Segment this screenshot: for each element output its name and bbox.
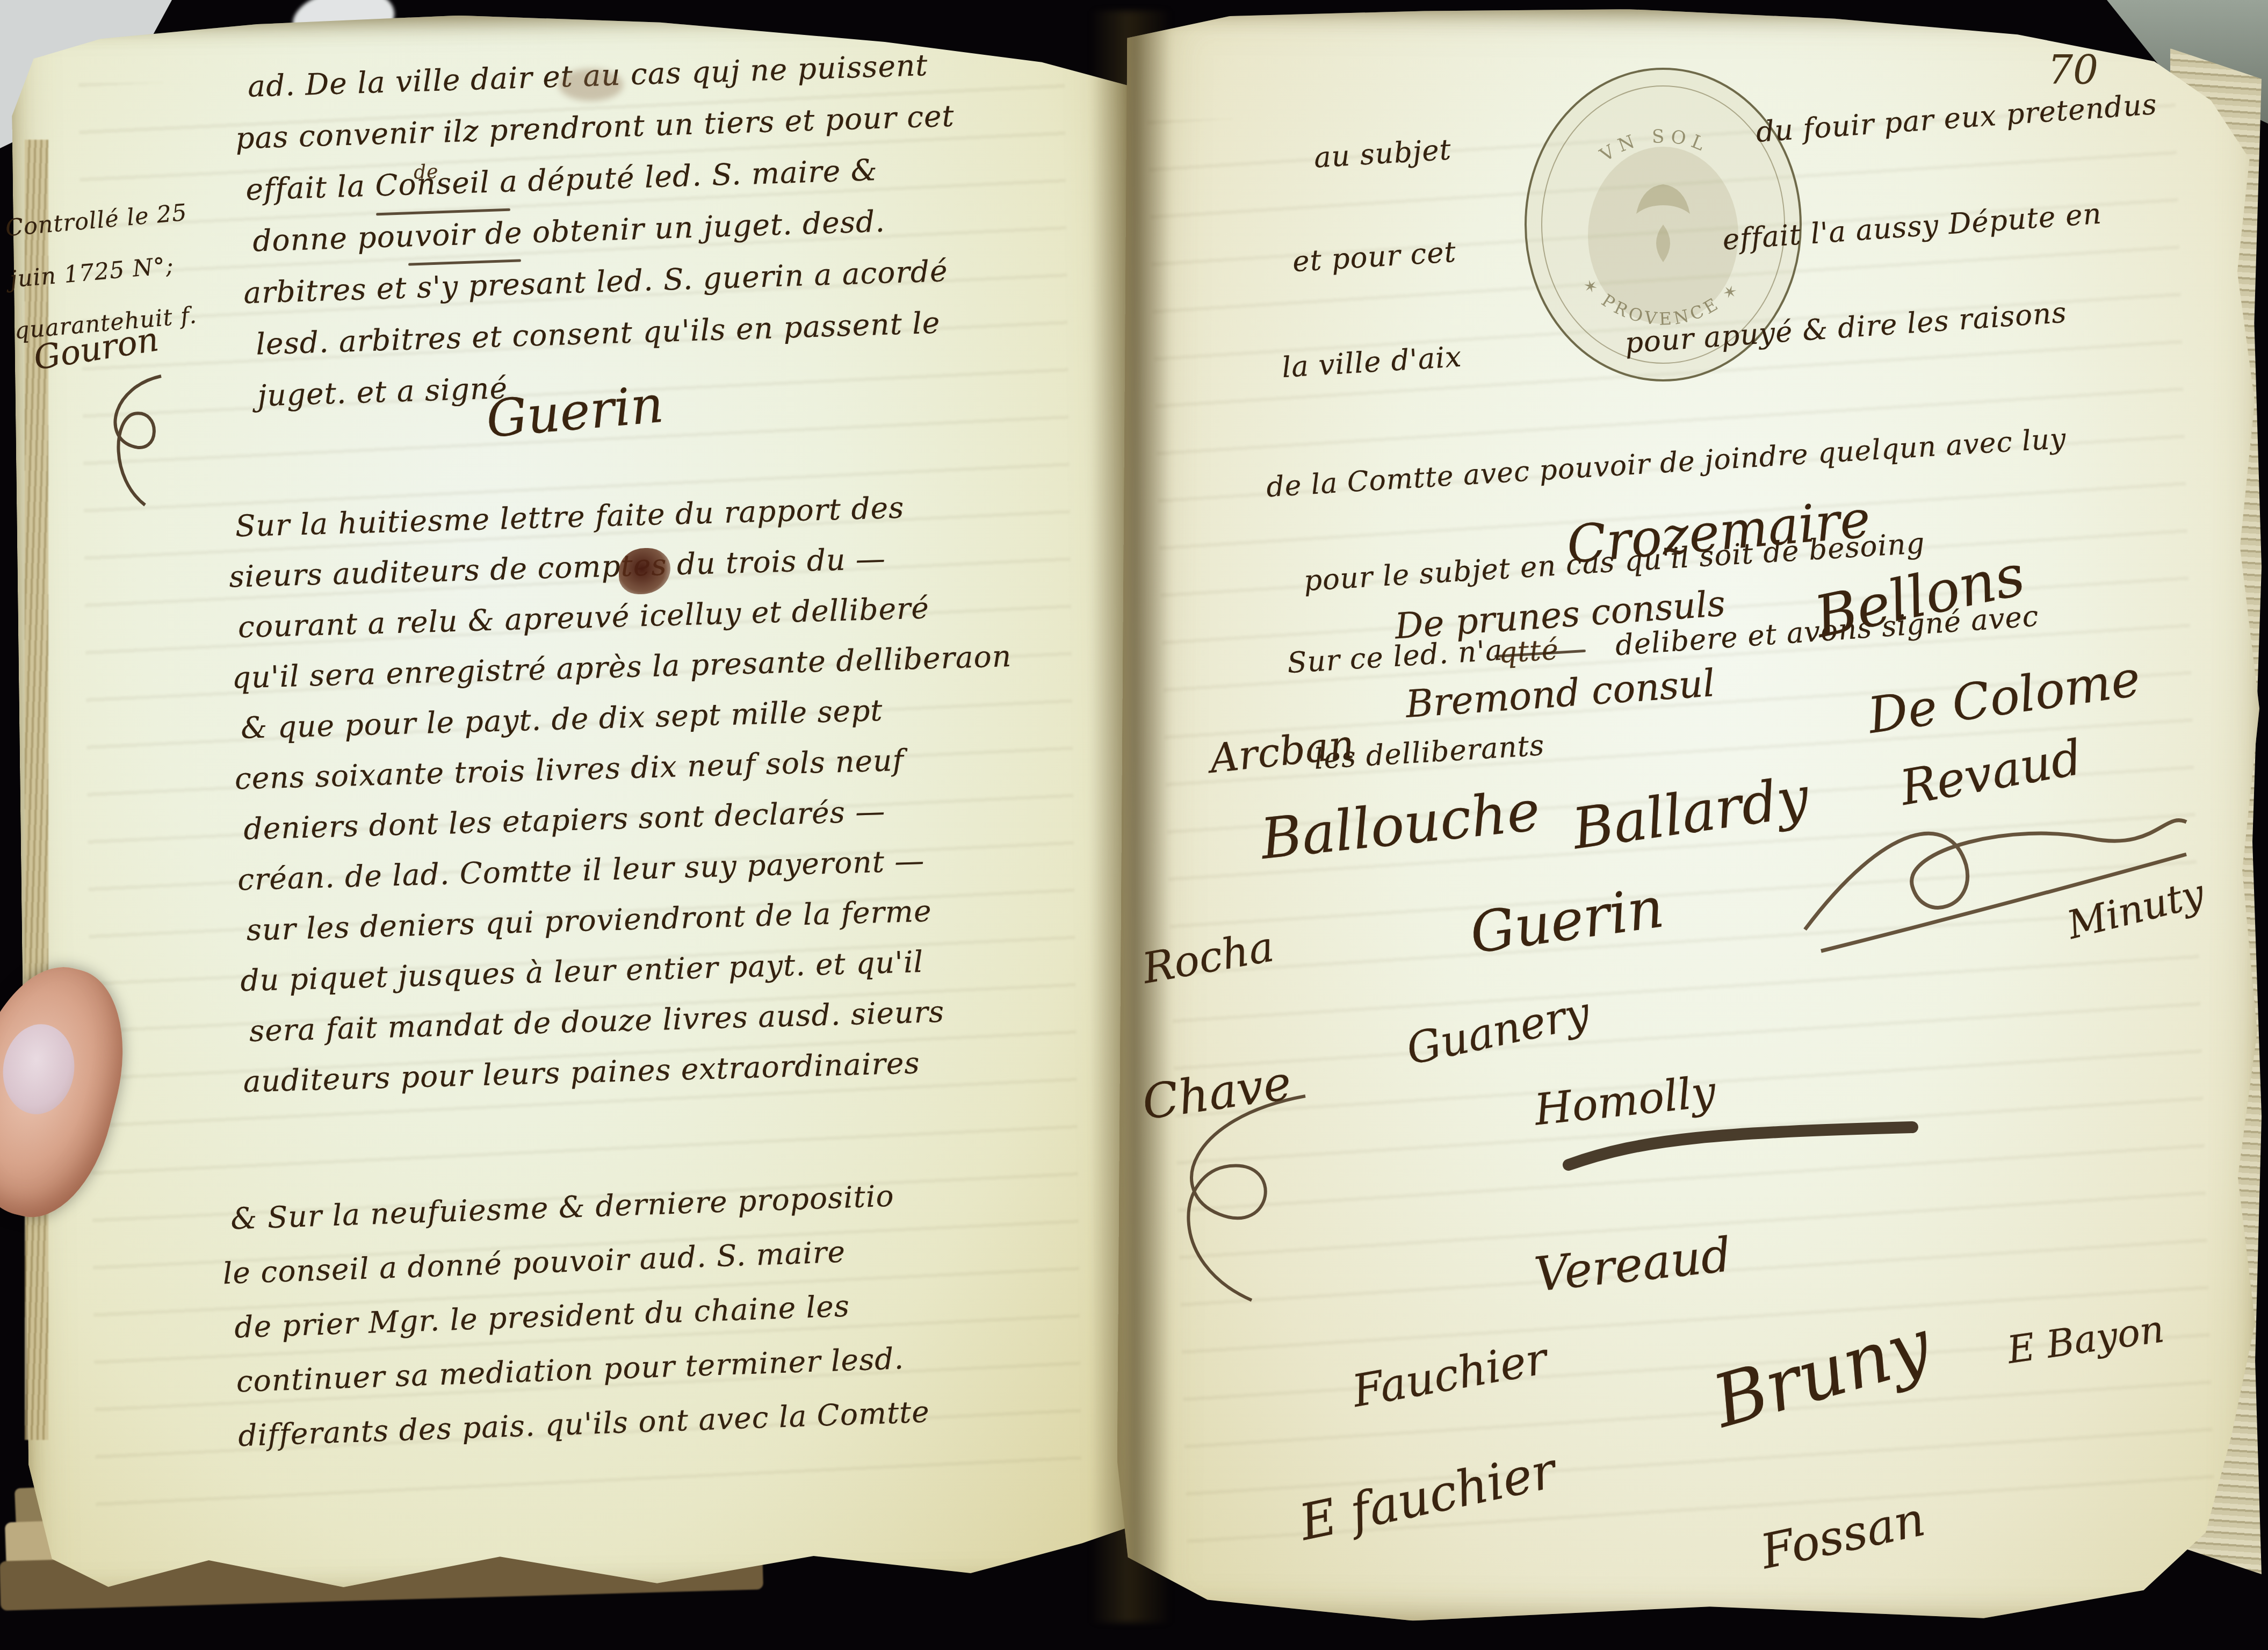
interline-insertion: de — [413, 161, 439, 184]
chave-paraph-flourish — [1144, 1085, 1338, 1311]
ink-smudge — [559, 69, 623, 101]
book-gutter-shadow — [1090, 11, 1171, 1623]
paragraph-3: & Sur la neufuiesme & derniere propositi… — [230, 1168, 931, 1464]
page-number: 70 — [2048, 47, 2098, 93]
heavy-underline-flourish — [1558, 1116, 1923, 1181]
signature-flourish — [1789, 790, 2197, 967]
margin-paraph-flourish — [81, 371, 199, 510]
manuscript-photo: Controllé le 25juin 1725 N°;quarantehuit… — [0, 0, 2268, 1650]
